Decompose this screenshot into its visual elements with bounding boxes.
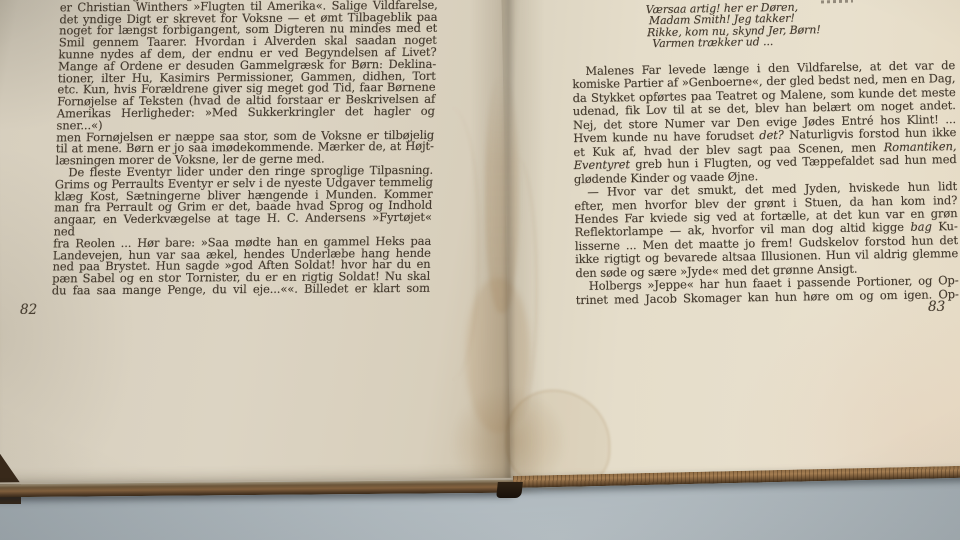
page-block-edge-left [0, 478, 513, 498]
right-page-verse: Værsaa artig! her er Døren,Madam Smith! … [646, 0, 899, 49]
open-book-photo: En almindelig Gavebog fra deter Christia… [0, 0, 960, 540]
right-page-text: Malenes Far levede længe i den Vildfarel… [572, 59, 959, 307]
book-gutter-shadow [470, 0, 544, 494]
text-line: du faa saa mange Penge, du vil eje...««.… [52, 283, 430, 297]
left-page-number: 82 [20, 302, 37, 318]
gutter-notch [496, 482, 523, 498]
right-page-number: 83 [928, 299, 945, 315]
left-page-text: En almindelig Gavebog fra deter Christia… [52, 0, 439, 297]
